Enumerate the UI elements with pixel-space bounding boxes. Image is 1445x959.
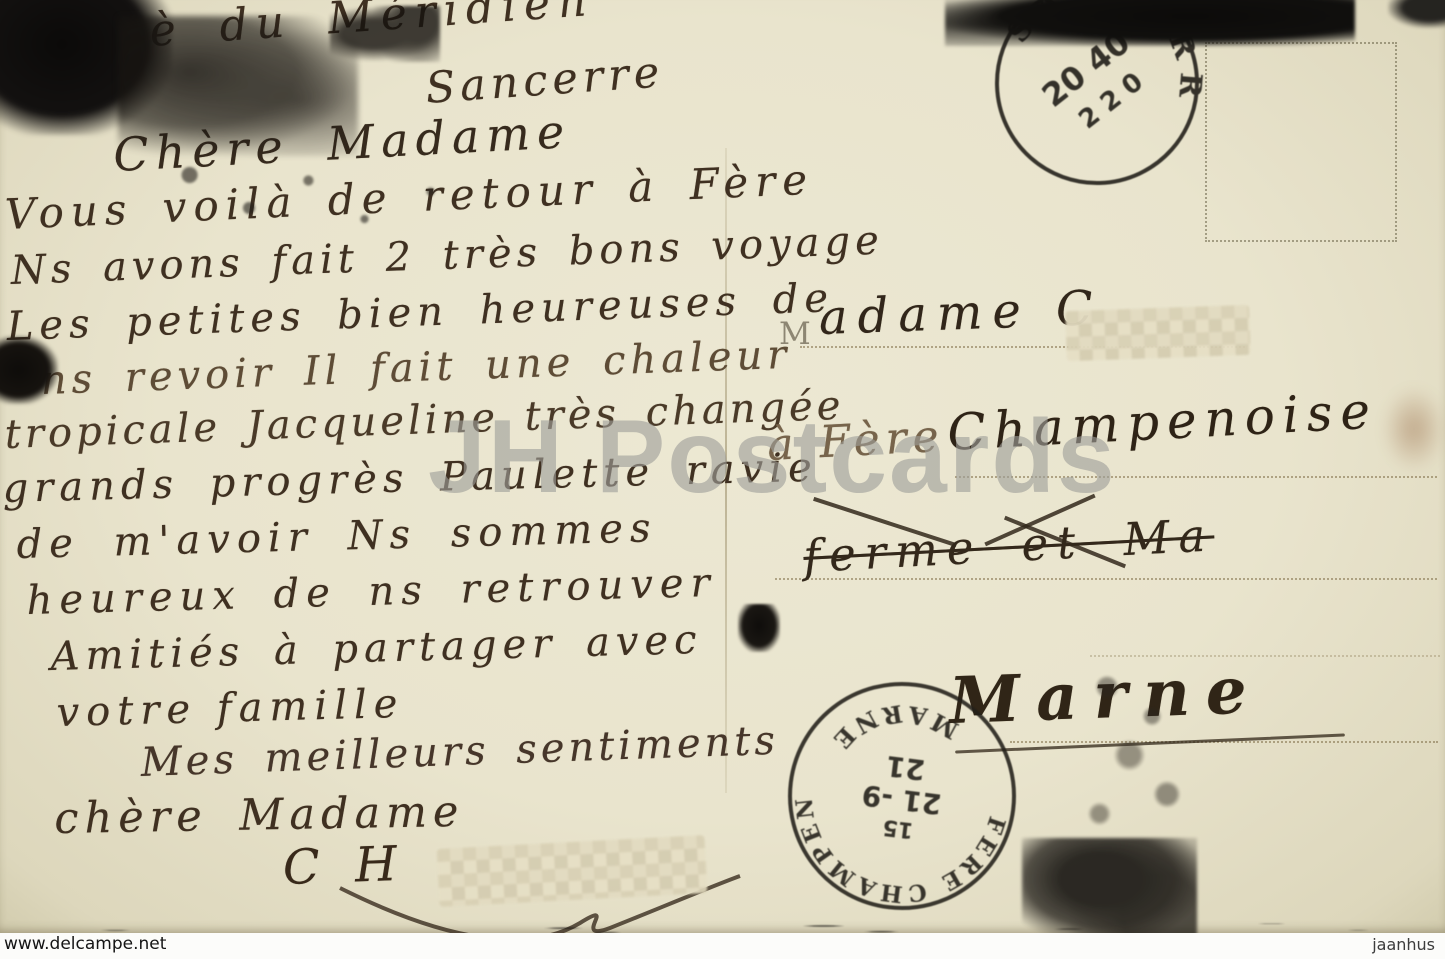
ink-smear-top-right [945, 0, 1355, 46]
fere-champenoise-postmark: FERE CHAMPENOISE MARNE 15 21 -9 21 [772, 666, 1032, 926]
ink-blot-top [330, 6, 440, 62]
message-line: votre famille [56, 681, 405, 736]
stamp-placement-box [1205, 42, 1397, 242]
ink-mark-top-right-corner [1388, 0, 1445, 28]
ink-blot-center [738, 604, 780, 652]
delcampe-watermark: www.delcampe.net [4, 934, 166, 954]
postmark-smudge [1062, 648, 1212, 843]
seller-watermark: jaanhus [1372, 935, 1435, 954]
postcard-scan: è du Méridien Sancerre Chère Madame Vous… [0, 0, 1445, 959]
address-recipient: adame C [818, 280, 1104, 346]
dealer-watermark: JH Postcards [428, 398, 1117, 517]
rust-stain [1382, 386, 1445, 472]
censored-name-blur [1065, 305, 1251, 361]
svg-text:21: 21 [884, 749, 927, 787]
photo-footer-strip: www.delcampe.net jaanhus [0, 933, 1445, 959]
ink-speckles-top-left [150, 142, 480, 252]
ink-speckles-bottom-edge [0, 893, 1445, 937]
ink-blot-top-left-2 [118, 16, 358, 156]
printed-m-label: M [779, 316, 811, 352]
ink-blot-left-edge [0, 336, 58, 404]
svg-text:15: 15 [881, 814, 914, 843]
